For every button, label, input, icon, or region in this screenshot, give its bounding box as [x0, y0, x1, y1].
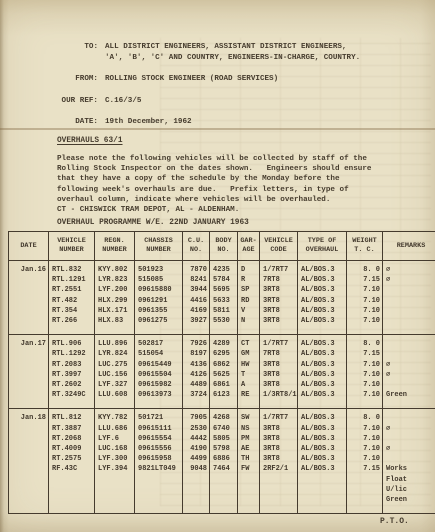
column-header-10: REMARKS	[383, 232, 435, 261]
memo-header: TO: ALL DISTRICT ENGINEERS, ASSISTANT DI…	[50, 42, 360, 128]
group-code-cell: 1/7RT7 7RT8 3RT8 3RT8 3RT8 1/3RT8/1	[260, 335, 298, 409]
group-body-cell: 4268 6740 5805 5798 6886 7464	[210, 409, 238, 514]
date-label: DATE:	[50, 117, 98, 128]
group-weight-cell: 8. 0 7.10 7.10 7.10 7.10 7.15	[347, 409, 383, 514]
memo-body-paragraph: Please note the following vehicles will …	[57, 154, 371, 215]
date-value: 19th December, 1962	[105, 117, 192, 128]
column-header-6: GAR- AGE	[238, 232, 260, 261]
group-regn-cell: KYY.802 LYR.823 LYF.200 HLX.299 HLX.171 …	[95, 261, 135, 335]
group-overhaul-cell: AL/BOS.3 AL/BOS.3 AL/BOS.3 AL/BOS.3 AL/B…	[298, 261, 347, 335]
column-header-3: CHASSIS NUMBER	[135, 232, 183, 261]
subject-heading: OVERHAULS 63/1	[57, 137, 123, 145]
overhaul-table-body: Jan.16RTL.832 RTL.1291 RT.2551 RT.482 RT…	[9, 261, 435, 514]
group-date-cell: Jan.17	[9, 335, 49, 409]
group-chassis-cell: 501923 515085 09615880 0961291 0961355 0…	[135, 261, 183, 335]
group-regn-cell: LLU.896 LYR.824 LUC.275 LUC.156 LYF.327 …	[95, 335, 135, 409]
group-weight-cell: 8. 0 7.15 7.10 7.10 7.10 7.10	[347, 335, 383, 409]
memo-row-from: FROM: ROLLING STOCK ENGINEER (ROAD SERVI…	[50, 74, 360, 85]
overhaul-table: DATEVEHICLE NUMBERREGN. NUMBERCHASSIS NU…	[8, 231, 435, 514]
memo-row-date: DATE: 19th December, 1962	[50, 117, 360, 128]
group-remark-cell: ∅ ∅	[383, 261, 435, 335]
column-header-9: WEIGHT T. C.	[347, 232, 383, 261]
column-header-7: VEHICLE CODE	[260, 232, 298, 261]
group-vehicle-cell: RTL.832 RTL.1291 RT.2551 RT.482 RT.354 R…	[49, 261, 95, 335]
column-header-4: C.U. NO.	[183, 232, 210, 261]
group-remark-cell: ∅ ∅ Green	[383, 335, 435, 409]
overhaul-group: Jan.18RTL.812 RT.3887 RT.2068 RT.4009 RT…	[9, 409, 435, 514]
group-date-cell: Jan.16	[9, 261, 49, 335]
column-header-0: DATE	[9, 232, 49, 261]
from-label: FROM:	[50, 74, 98, 85]
memo-row-ref: OUR REF: C.16/3/5	[50, 96, 360, 107]
group-weight-cell: 8. 0 7.15 7.10 7.10 7.10 7.10	[347, 261, 383, 335]
column-header-5: BODY NO.	[210, 232, 238, 261]
group-date-cell: Jan.18	[9, 409, 49, 514]
table-title: OVERHAUL PROGRAMME W/E. 22ND JANUARY 196…	[57, 219, 249, 227]
pto-footer: P.T.O.	[380, 517, 409, 526]
ref-value: C.16/3/5	[105, 96, 141, 107]
group-remark-cell: ∅ ∅ Works Float U/lic Green	[383, 409, 435, 514]
memo-row-to: TO: ALL DISTRICT ENGINEERS, ASSISTANT DI…	[50, 42, 360, 63]
column-header-2: REGN. NUMBER	[95, 232, 135, 261]
group-regn-cell: KYY.782 LLU.686 LYF.6 LUC.168 LYF.300 LY…	[95, 409, 135, 514]
to-value: ALL DISTRICT ENGINEERS, ASSISTANT DISTRI…	[105, 42, 360, 63]
ref-label: OUR REF:	[50, 96, 98, 107]
group-code-cell: 1/7RT7 3RT8 3RT8 3RT8 3RT8 2RF2/1	[260, 409, 298, 514]
bleedthrough-line	[0, 128, 435, 130]
overhaul-group: Jan.16RTL.832 RTL.1291 RT.2551 RT.482 RT…	[9, 261, 435, 335]
group-code-cell: 1/7RT7 7RT8 3RT8 3RT8 3RT8 3RT8	[260, 261, 298, 335]
group-garage-cell: SW NS PM AE TH FW	[238, 409, 260, 514]
group-body-cell: 4289 6295 6862 5625 6861 6123	[210, 335, 238, 409]
column-header-8: TYPE OF OVERHAUL	[298, 232, 347, 261]
group-overhaul-cell: AL/BOS.3 AL/BOS.3 AL/BOS.3 AL/BOS.3 AL/B…	[298, 409, 347, 514]
group-chassis-cell: 502817 515054 09615449 09615504 09615982…	[135, 335, 183, 409]
group-cu-cell: 7870 8241 3944 4416 4169 3927	[183, 261, 210, 335]
overhaul-table-head: DATEVEHICLE NUMBERREGN. NUMBERCHASSIS NU…	[9, 232, 435, 261]
group-garage-cell: CT GM HW T A RE	[238, 335, 260, 409]
column-header-1: VEHICLE NUMBER	[49, 232, 95, 261]
group-vehicle-cell: RTL.906 RTL.1292 RT.2083 RT.3997 RT.2602…	[49, 335, 95, 409]
group-overhaul-cell: AL/BOS.3 AL/BOS.3 AL/BOS.3 AL/BOS.3 AL/B…	[298, 335, 347, 409]
overhaul-group: Jan.17RTL.906 RTL.1292 RT.2083 RT.3997 R…	[9, 335, 435, 409]
group-cu-cell: 7926 8197 4136 4126 4489 3724	[183, 335, 210, 409]
to-label: TO:	[50, 42, 98, 53]
document-page: TO: ALL DISTRICT ENGINEERS, ASSISTANT DI…	[0, 0, 435, 532]
group-garage-cell: D R SP RD V N	[238, 261, 260, 335]
from-value: ROLLING STOCK ENGINEER (ROAD SERVICES)	[105, 74, 278, 85]
group-chassis-cell: 501721 09615111 09615554 09615556 096159…	[135, 409, 183, 514]
group-vehicle-cell: RTL.812 RT.3887 RT.2068 RT.4009 RT.2575 …	[49, 409, 95, 514]
group-body-cell: 4235 5784 5695 5633 5811 5530	[210, 261, 238, 335]
group-cu-cell: 7905 2530 4442 4190 4499 9048	[183, 409, 210, 514]
